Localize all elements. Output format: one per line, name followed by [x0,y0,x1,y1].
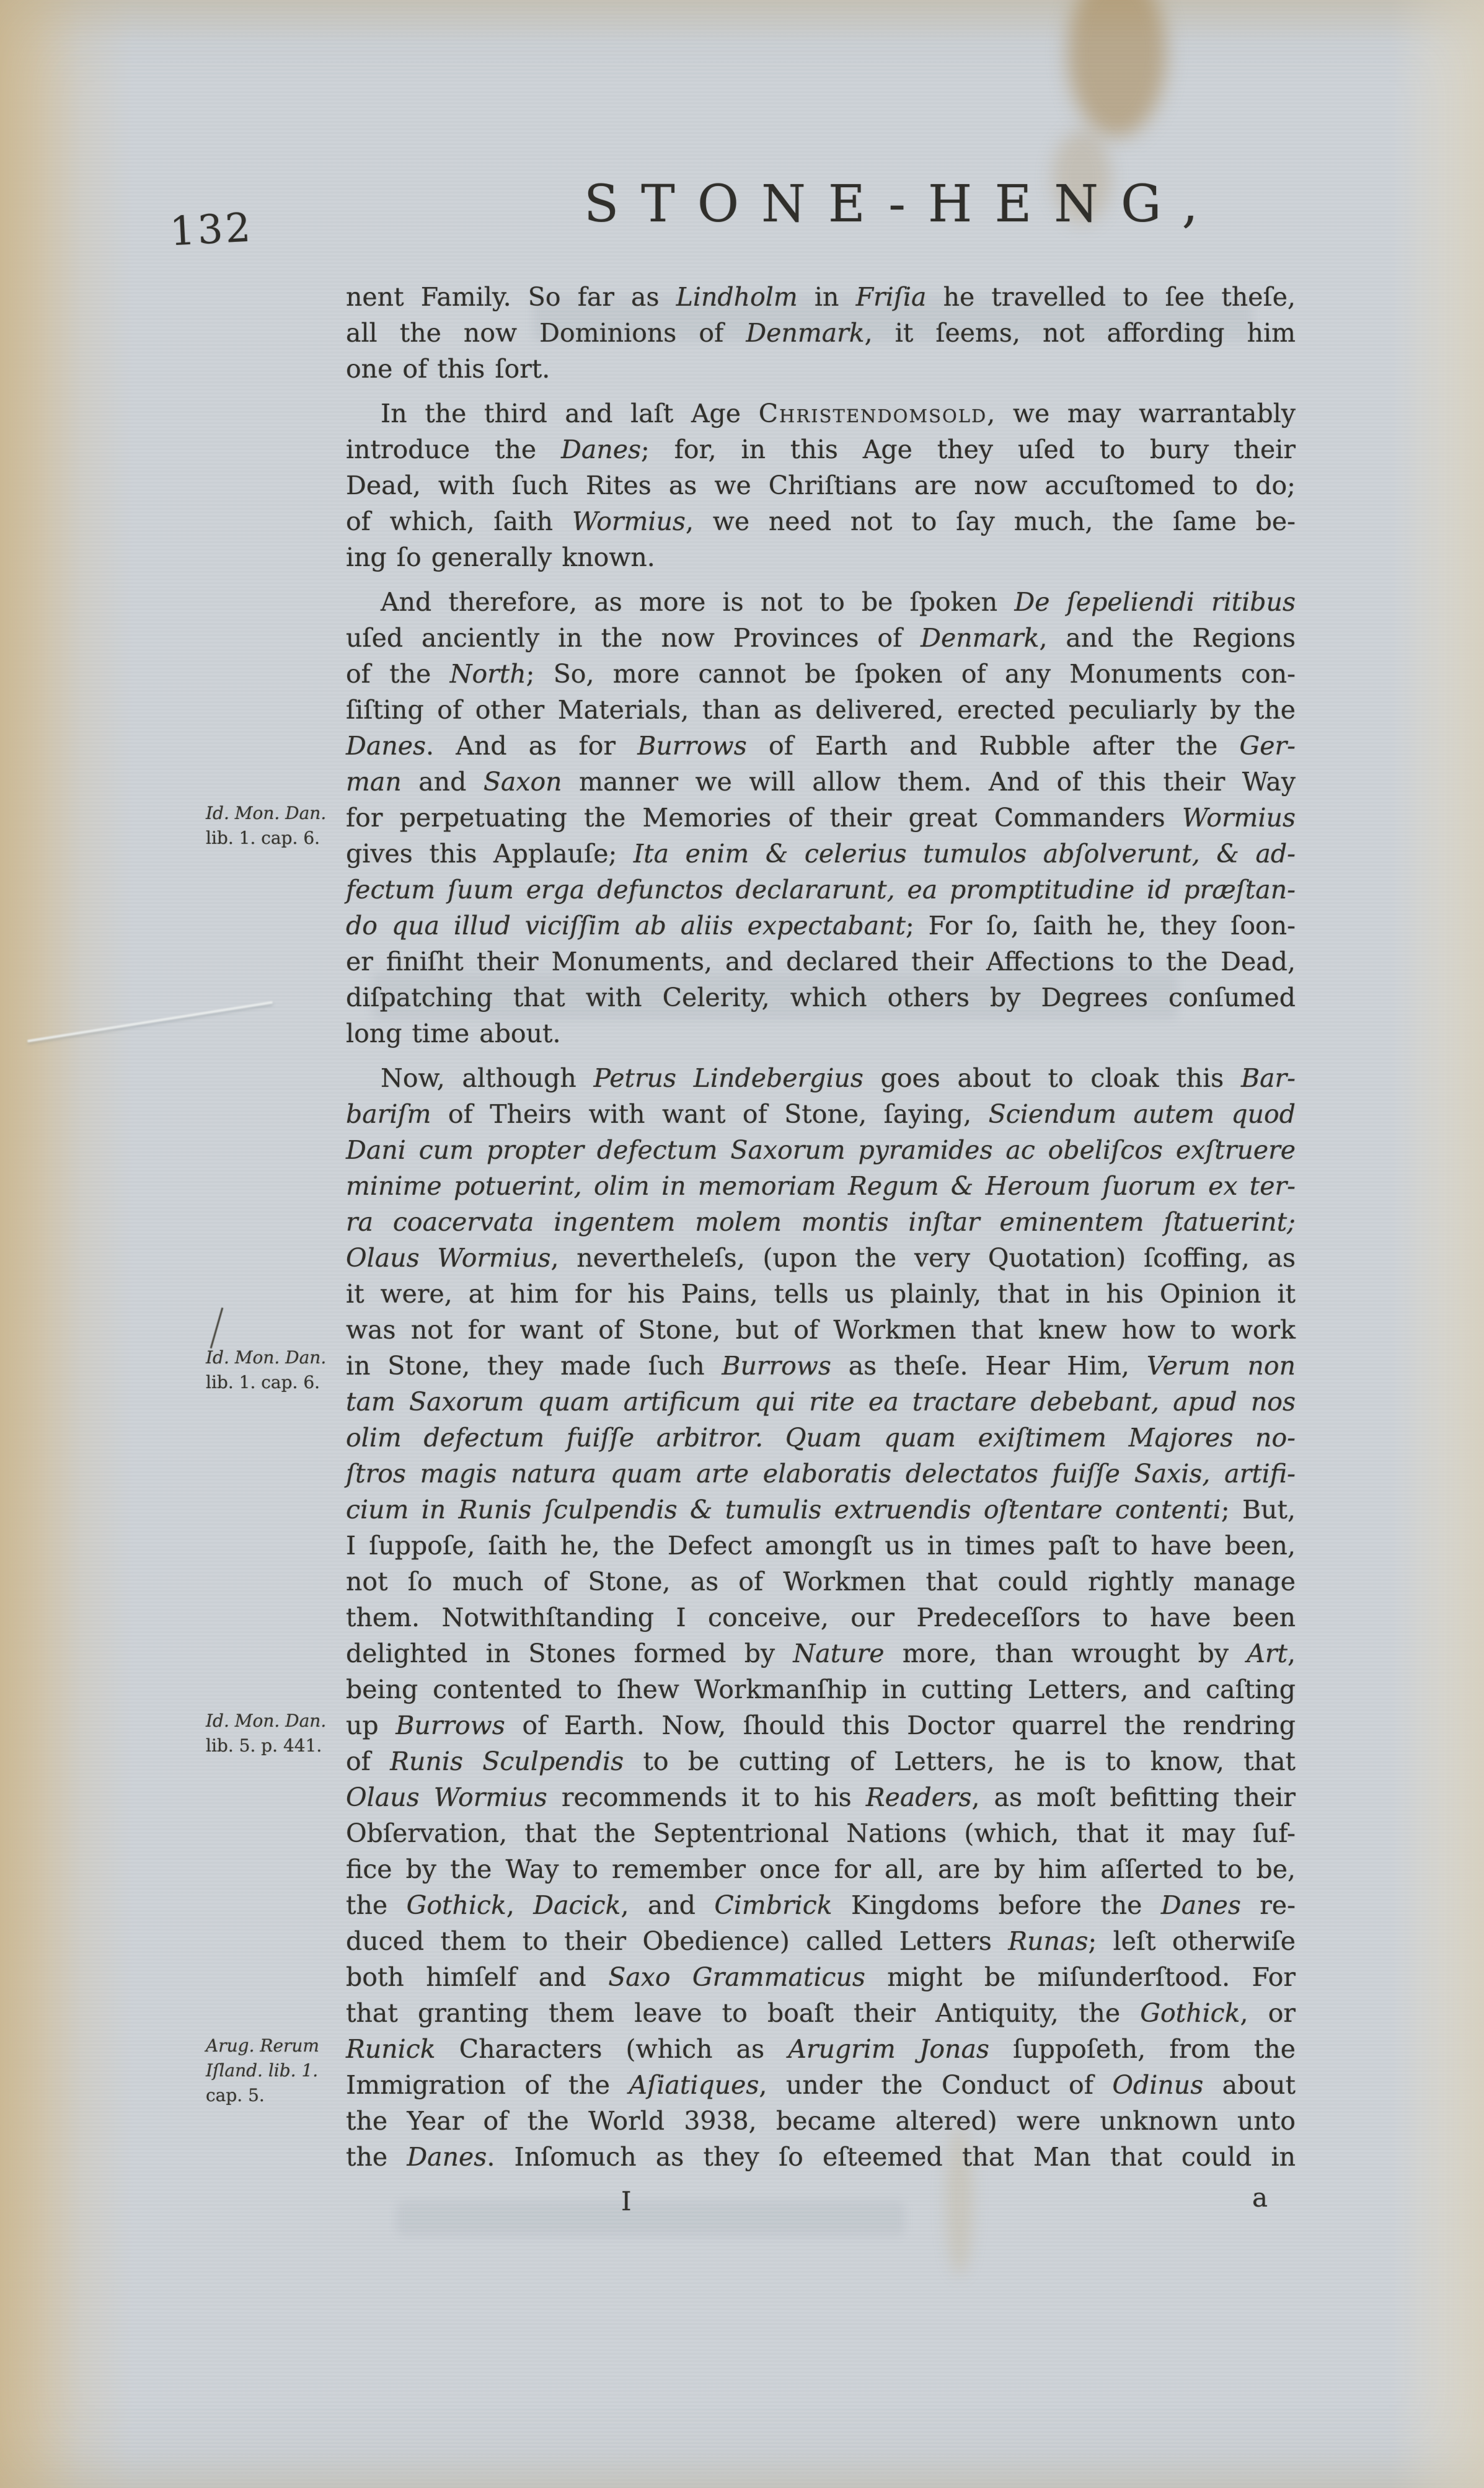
roman-text: And therefore, as more is not to be ſpok… [381,587,1014,617]
italic-text: Art [1247,1639,1287,1668]
roman-text: fice by the Way to remember once for all… [346,1854,1296,1884]
text-line: minime potuerint, olim in memoriam Regum… [346,1168,1296,1204]
roman-text: the [346,2142,407,2172]
roman-text: being contented to ſhew Workmanſhip in c… [346,1675,1296,1704]
italic-text: Verum non [1147,1351,1296,1381]
text-line: fice by the Way to remember once for all… [346,1851,1296,1887]
roman-text: in Stone, they made ſuch [346,1351,722,1381]
margin-note-line: Iſland. lib. 1. [206,2058,352,2083]
roman-text: long time about. [346,1019,561,1048]
text-line: diſpatching that with Celerity, which ot… [346,980,1296,1016]
margin-note-line: cap. 5. [206,2083,352,2108]
roman-text: In the third and laſt Age [381,399,759,428]
text-line: And therefore, as more is not to be ſpok… [346,584,1296,620]
roman-text: delighted in Stones formed by [346,1639,793,1668]
roman-text: , we need not to ſay much, the ſame be- [686,507,1296,536]
italic-text: Wormius [572,507,686,536]
italic-text: Sciendum autem quod [989,1099,1296,1129]
italic-text: Runis Sculpendis [390,1746,624,1776]
margin-note-line: lib. 1. cap. 6. [206,1370,352,1395]
roman-text: ; But, [1221,1495,1296,1525]
roman-text: , and the Regions [1039,623,1296,653]
italic-text: Dacick [533,1890,621,1920]
text-line: for perpetuating the Memories of their g… [346,800,1296,836]
roman-text: of which, ſaith [346,507,572,536]
text-line: olim defectum fuiſſe arbitror. Quam quam… [346,1420,1296,1456]
text-line: one of this ſort. [346,351,1296,387]
margin-note-1: Id. Mon. Dan.lib. 1. cap. 6. [206,801,352,851]
italic-text: bariſm [346,1099,431,1129]
roman-text: about [1203,2070,1296,2100]
text-line: up Burrows of Earth. Now, ſhould this Do… [346,1707,1296,1743]
signature-mark: I [621,2186,632,2216]
italic-text: Runas [1008,1926,1088,1956]
roman-text: that granting them leave to boaſt their … [346,1998,1140,2028]
text-line: Runick Characters (which as Arugrim Jona… [346,2031,1296,2067]
text-line: Olaus Wormius, nevertheleſs, (upon the v… [346,1240,1296,1276]
margin-note-line: lib. 5. p. 441. [206,1733,352,1758]
text-block: nent Family. So far as Lindholm in Friſi… [346,279,1296,2175]
italic-text: Runick [346,2034,436,2064]
roman-text: for perpetuating the Memories of their g… [346,803,1182,833]
roman-text: re- [1241,1890,1296,1920]
roman-text: , and [621,1890,714,1920]
italic-text: Nature [793,1639,884,1668]
italic-text: man [346,767,402,797]
roman-text: duced them to their Obedience) called Le… [346,1926,1008,1956]
text-line: long time about. [346,1016,1296,1051]
page-number: 132 [169,205,254,255]
paragraph-4: Now, although Petrus Lindebergius goes a… [346,1060,1296,2175]
text-line: the Danes. Inſomuch as they ſo eſteemed … [346,2139,1296,2175]
book-page-scan: 132 STONE-HENG, nent Family. So far as L… [0,0,1484,2488]
margin-note-3: Id. Mon. Dan.lib. 5. p. 441. [206,1709,352,1758]
roman-text: both himſelf and [346,1962,608,1992]
roman-text: , [1287,1639,1296,1668]
stray-ink-mark [210,1308,224,1348]
italic-text: Saxo Grammaticus [608,1962,865,1992]
roman-text: Obſervation, that the Septentrional Nati… [346,1818,1296,1848]
text-line: cium in Runis ſculpendis & tumulis extru… [346,1492,1296,1528]
italic-text: ſtros magis natura quam arte elaboratis … [346,1459,1296,1489]
italic-text: Denmark [746,318,864,348]
roman-text: to be cutting of Letters, he is to know,… [624,1746,1296,1776]
italic-text: De ſepeliendi ritibus [1014,587,1296,617]
roman-text: Immigration of the [346,2070,629,2100]
text-line: not ſo much of Stone, as of Workmen that… [346,1564,1296,1600]
margin-note-2: Id. Mon. Dan.lib. 1. cap. 6. [206,1345,352,1395]
text-line: ſiſting of other Materials, than as deli… [346,692,1296,728]
italic-text: Wormius [1182,803,1296,833]
italic-text: North [450,659,526,689]
text-line: was not for want of Stone, but of Workme… [346,1312,1296,1348]
text-line: the Year of the World 3938, became alter… [346,2103,1296,2139]
italic-text: ra coacervata ingentem molem montis inſt… [346,1207,1296,1237]
italic-text: Olaus Wormius [346,1243,550,1273]
roman-text: might be miſunderſtood. For [865,1962,1296,1992]
italic-text: Arugrim Jonas [788,2034,989,2064]
small-caps-text: Christendomsold [759,399,987,428]
italic-text: Burrows [637,731,747,761]
running-header: STONE-HENG, [584,175,1221,234]
roman-text: ſiſting of other Materials, than as deli… [346,695,1296,725]
text-line: tam Saxorum quam artificum qui rite ea t… [346,1384,1296,1420]
roman-text: . And as for [426,731,637,761]
roman-text: ; For ſo, ſaith he, they ſoon- [906,911,1296,941]
roman-text: , or [1240,1998,1296,2028]
italic-text: Ita enim & celerius tumulos abſolverunt,… [634,839,1296,869]
margin-note-line: Arug. Rerum [206,2034,352,2058]
text-line: Immigration of the Aſiatiques, under the… [346,2067,1296,2103]
roman-text: diſpatching that with Celerity, which ot… [346,983,1296,1012]
roman-text: Kingdoms before the [833,1890,1161,1920]
italic-text: Danes [561,435,641,464]
roman-text: , as moſt befitting their [971,1782,1296,1812]
text-line: of Runis Sculpendis to be cutting of Let… [346,1743,1296,1779]
roman-text: Dead, with ſuch Rites as we Chriſtians a… [346,471,1296,500]
roman-text: more, than wrought by [884,1639,1247,1668]
text-line: Olaus Wormius recommends it to his Reade… [346,1779,1296,1815]
roman-text: of Earth and Rubble after the [747,731,1240,761]
roman-text: ; for, in this Age they uſed to bury the… [641,435,1296,464]
roman-text: nent Family. So far as [346,282,676,312]
italic-text: Cimbrick [714,1890,832,1920]
roman-text: er finiſht their Monuments, and declared… [346,947,1296,976]
italic-text: Danes [1161,1890,1241,1920]
text-line: introduce the Danes; for, in this Age th… [346,432,1296,467]
roman-text: Now, although [381,1063,593,1093]
roman-text: in [798,282,856,312]
italic-text: tam Saxorum quam artificum qui rite ea t… [346,1387,1296,1417]
text-line: er finiſht their Monuments, and declared… [346,944,1296,980]
roman-text: was not for want of Stone, but of Workme… [346,1315,1296,1345]
margin-note-line: lib. 1. cap. 6. [206,826,352,851]
text-line: it were, at him for his Pains, tells us … [346,1276,1296,1312]
margin-note-4: Arug. RerumIſland. lib. 1.cap. 5. [206,2034,352,2108]
roman-text: recommends it to his [547,1782,866,1812]
bleed-through-smudge [397,2201,905,2236]
italic-text: Gothick [1140,1998,1240,2028]
italic-text: Saxon [484,767,562,797]
roman-text: it were, at him for his Pains, tells us … [346,1279,1296,1309]
paragraph-2: In the third and laſt Age Christendomsol… [346,396,1296,575]
roman-text: of Earth. Now, ſhould this Doctor quarre… [505,1711,1296,1740]
paragraph-1: nent Family. So far as Lindholm in Friſi… [346,279,1296,387]
italic-text: Dani cum propter defectum Saxorum pyrami… [346,1135,1296,1165]
text-line: that granting them leave to boaſt their … [346,1995,1296,2031]
italic-text: olim defectum fuiſſe arbitror. Quam quam… [346,1423,1296,1453]
italic-text: minime potuerint, olim in memoriam Regum… [346,1171,1296,1201]
text-line: I ſuppoſe, ſaith he, the Defect amongſt … [346,1528,1296,1564]
italic-text: Friſia [856,282,927,312]
catchword: a [1252,2182,1268,2213]
roman-text: uſed anciently in the now Provinces of [346,623,921,653]
margin-note-line: Id. Mon. Dan. [206,1345,352,1370]
roman-text: ſuppoſeth, from the [989,2034,1296,2064]
roman-text: goes about to cloak this [863,1063,1241,1093]
text-line: all the now Dominions of Denmark, it ſee… [346,315,1296,351]
text-line: gives this Applauſe; Ita enim & celerius… [346,836,1296,872]
italic-text: Lindholm [676,282,798,312]
roman-text: gives this Applauſe; [346,839,634,869]
text-line: Obſervation, that the Septentrional Nati… [346,1815,1296,1851]
italic-text: do qua illud viciſſim ab aliis expectaba… [346,911,906,941]
roman-text: he travelled to ſee theſe, [926,282,1296,312]
text-line: uſed anciently in the now Provinces of D… [346,620,1296,656]
text-line: nent Family. So far as Lindholm in Friſi… [346,279,1296,315]
roman-text: , [506,1890,533,1920]
roman-text: one of this ſort. [346,354,550,384]
italic-text: fectum ſuum erga defunctos declararunt, … [346,875,1296,905]
text-line: duced them to their Obedience) called Le… [346,1923,1296,1959]
text-line: man and Saxon manner we will allow them.… [346,764,1296,800]
text-line: Dead, with ſuch Rites as we Chriſtians a… [346,467,1296,503]
roman-text: I ſuppoſe, ſaith he, the Defect amongſt … [346,1531,1296,1561]
roman-text: them. Notwithſtanding I conceive, our Pr… [346,1603,1296,1632]
text-line: Now, although Petrus Lindebergius goes a… [346,1060,1296,1096]
roman-text: . Inſomuch as they ſo eſteemed that Man … [487,2142,1296,2172]
roman-text: not ſo much of Stone, as of Workmen that… [346,1567,1296,1596]
text-line: the Gothick, Dacick, and Cimbrick Kingdo… [346,1887,1296,1923]
text-line: delighted in Stones formed by Nature mor… [346,1636,1296,1671]
italic-text: Danes [346,731,426,761]
text-line: ſtros magis natura quam arte elaboratis … [346,1456,1296,1492]
text-line: of the North; So, more cannot be ſpoken … [346,656,1296,692]
text-line: them. Notwithſtanding I conceive, our Pr… [346,1600,1296,1636]
italic-text: Aſiatiques [629,2070,759,2100]
roman-text: manner we will allow them. And of this t… [562,767,1296,797]
italic-text: Burrows [395,1711,505,1740]
roman-text: of [346,1746,390,1776]
italic-text: Burrows [722,1351,831,1381]
roman-text: Characters (which as [436,2034,788,2064]
italic-text: Gothick [407,1890,506,1920]
roman-text: ; So, more cannot be ſpoken of any Monum… [526,659,1296,689]
italic-text: Readers [866,1782,972,1812]
roman-text: , we may warrantably [987,399,1296,428]
text-line: bariſm of Theirs with want of Stone, ſay… [346,1096,1296,1132]
text-line: both himſelf and Saxo Grammaticus might … [346,1959,1296,1995]
paper-crease [27,1001,273,1043]
roman-text: ing ſo generally known. [346,542,655,572]
roman-text: introduce the [346,435,561,464]
roman-text: of Theirs with want of Stone, ſaying, [431,1099,988,1129]
italic-text: Olaus Wormius [346,1782,547,1812]
roman-text: all the now Dominions of [346,318,746,348]
roman-text: , under the Conduct of [759,2070,1112,2100]
margin-note-line: Id. Mon. Dan. [206,801,352,826]
text-line: ing ſo generally known. [346,539,1296,575]
text-line: fectum ſuum erga defunctos declararunt, … [346,872,1296,908]
roman-text: the [346,1890,407,1920]
roman-text: as theſe. Hear Him, [831,1351,1147,1381]
text-line: Dani cum propter defectum Saxorum pyrami… [346,1132,1296,1168]
roman-text: and [402,767,484,797]
italic-text: Ger- [1240,731,1296,761]
roman-text: of the [346,659,450,689]
italic-text: Danes [407,2142,487,2172]
text-line: ra coacervata ingentem molem montis inſt… [346,1204,1296,1240]
text-line: do qua illud viciſſim ab aliis expectaba… [346,908,1296,944]
italic-text: cium in Runis ſculpendis & tumulis extru… [346,1495,1221,1525]
margin-note-line: Id. Mon. Dan. [206,1709,352,1733]
foxing-stain [1067,0,1167,136]
italic-text: Petrus Lindebergius [593,1063,863,1093]
roman-text: , it ſeems, not affording him [865,318,1296,348]
text-line: in Stone, they made ſuch Burrows as theſ… [346,1348,1296,1384]
roman-text: , nevertheleſs, (upon the very Quotation… [550,1243,1296,1273]
text-line: of which, ſaith Wormius, we need not to … [346,503,1296,539]
italic-text: Odinus [1112,2070,1203,2100]
roman-text: the Year of the World 3938, became alter… [346,2106,1296,2136]
paragraph-3: And therefore, as more is not to be ſpok… [346,584,1296,1051]
roman-text: ; leſt otherwiſe [1088,1926,1296,1956]
text-line: being contented to ſhew Workmanſhip in c… [346,1671,1296,1707]
italic-text: Denmark [921,623,1039,653]
text-line: In the third and laſt Age Christendomsol… [346,396,1296,432]
roman-text: up [346,1711,395,1740]
text-line: Danes. And as for Burrows of Earth and R… [346,728,1296,764]
italic-text: Bar- [1241,1063,1296,1093]
